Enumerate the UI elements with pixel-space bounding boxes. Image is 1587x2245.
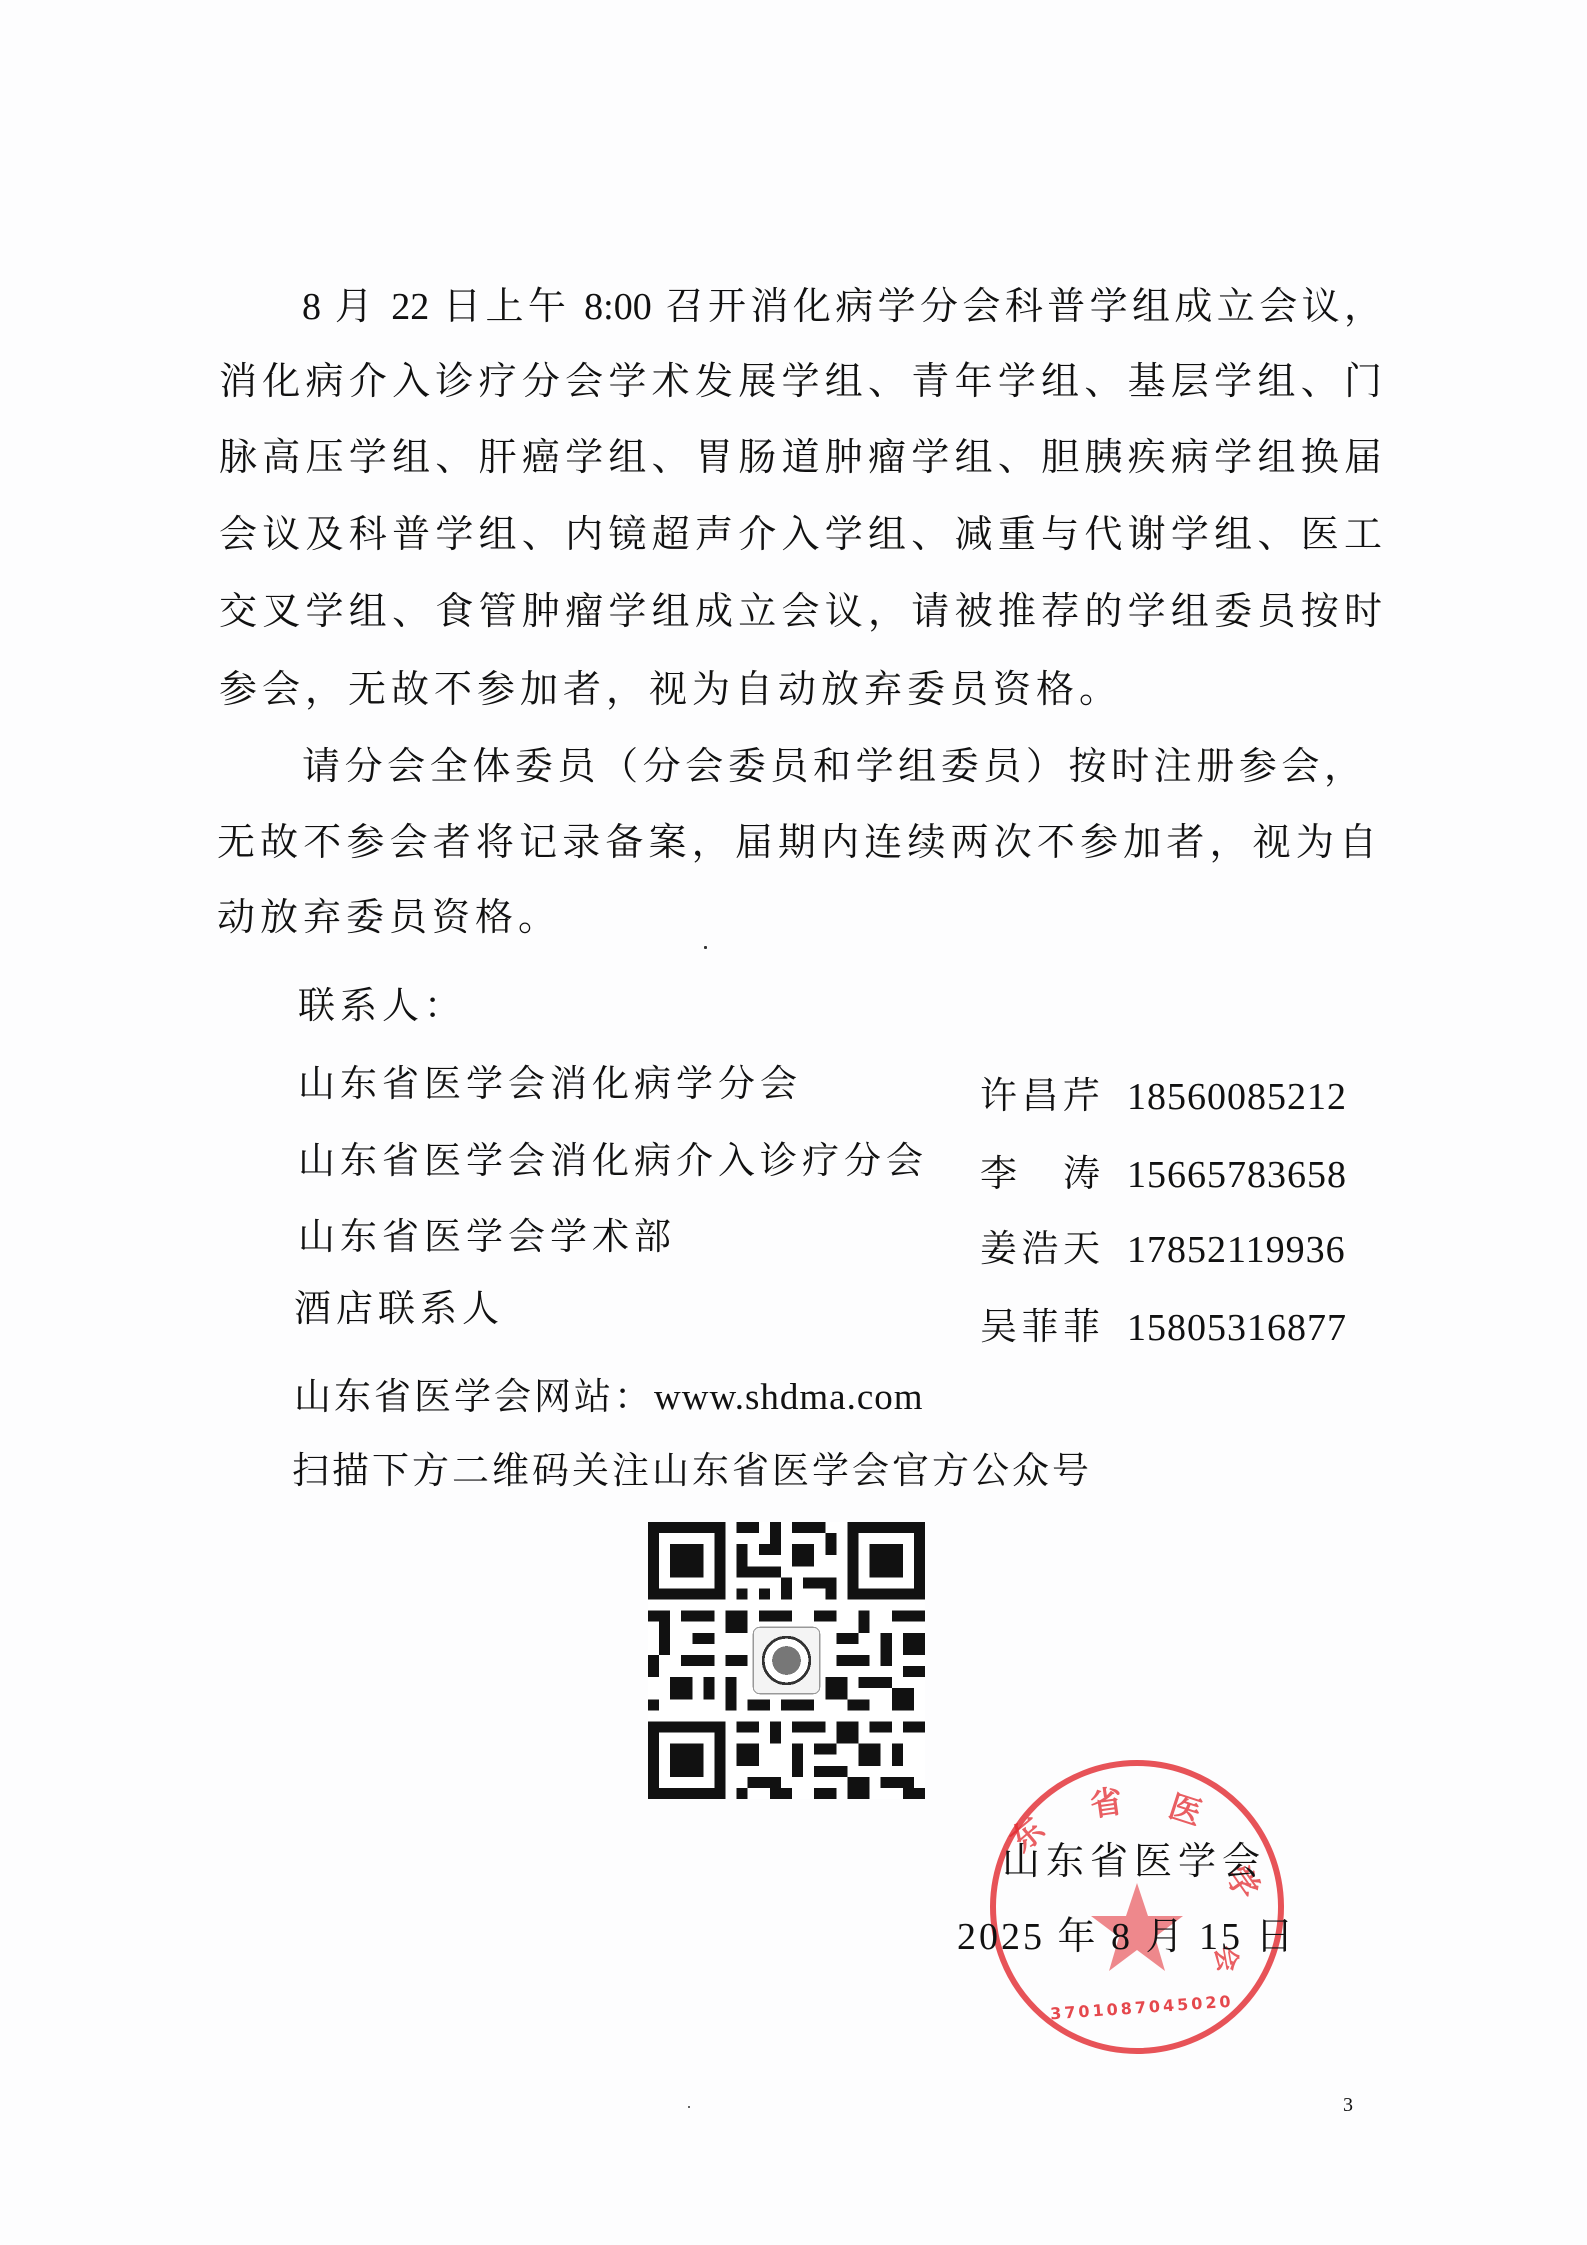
- paragraph-2-line-2: 无故不参会者将记录备案，届期内连续两次不参加者，视为自: [217, 819, 1377, 867]
- page-number: 3: [1343, 2094, 1353, 2117]
- website-link[interactable]: www.shdma.com: [654, 1377, 924, 1418]
- contact-phone: 17852119936: [1127, 1226, 1346, 1274]
- contact-name: 许昌芹: [980, 1073, 1100, 1121]
- paragraph-1-line-6: 参会，无故不参加者，视为自动放弃委员资格。: [219, 666, 1122, 714]
- paragraph-1-line-5: 交叉学组、食管肿瘤学组成立会议，请被推荐的学组委员按时: [219, 588, 1382, 636]
- contact-org: 酒店联系人: [294, 1286, 504, 1334]
- paragraph-2-line-3: 动放弃委员资格。: [217, 894, 561, 942]
- contact-org: 山东省医学会消化病学分会: [298, 1061, 802, 1109]
- qr-code-icon[interactable]: [648, 1522, 925, 1799]
- contact-name: 李涛: [980, 1151, 1100, 1199]
- contact-phone: 18560085212: [1127, 1073, 1347, 1121]
- signature-date: 2025 年 8 月 15 日: [957, 1913, 1297, 1961]
- contact-org: 山东省医学会消化病介入诊疗分会: [298, 1138, 928, 1186]
- scan-speck: [704, 946, 707, 949]
- scan-speck: [688, 2106, 690, 2108]
- website-label: 山东省医学会网站：: [294, 1377, 654, 1418]
- contact-name: 吴菲菲: [980, 1304, 1100, 1352]
- paragraph-1-line-1: 8 月 22 日上午 8:00 召开消化病学分会科普学组成立会议，: [302, 283, 1382, 331]
- seal-arc-text: 省: [1087, 1776, 1125, 1826]
- contacts-heading: 联系人：: [298, 983, 466, 1031]
- qr-instruction: 扫描下方二维码关注山东省医学会官方公众号: [292, 1448, 1092, 1496]
- contact-org: 山东省医学会学术部: [298, 1214, 676, 1262]
- contact-name: 姜浩天: [980, 1226, 1100, 1274]
- paragraph-1-line-4: 会议及科普学组、内镜超声介入学组、减重与代谢学组、医工: [219, 511, 1382, 559]
- signature-org: 山东省医学会: [1002, 1838, 1266, 1886]
- paragraph-1-line-2: 消化病介入诊疗分会学术发展学组、青年学组、基层学组、门: [219, 358, 1382, 406]
- website-line: 山东省医学会网站：www.shdma.com: [294, 1374, 924, 1422]
- paragraph-2-line-1: 请分会全体委员（分会委员和学组委员）按时注册参会，: [302, 743, 1362, 791]
- paragraph-1-line-3: 脉高压学组、肝癌学组、胃肠道肿瘤学组、胆胰疾病学组换届: [219, 434, 1382, 482]
- contact-phone: 15805316877: [1127, 1304, 1347, 1352]
- contact-phone: 15665783658: [1127, 1151, 1347, 1199]
